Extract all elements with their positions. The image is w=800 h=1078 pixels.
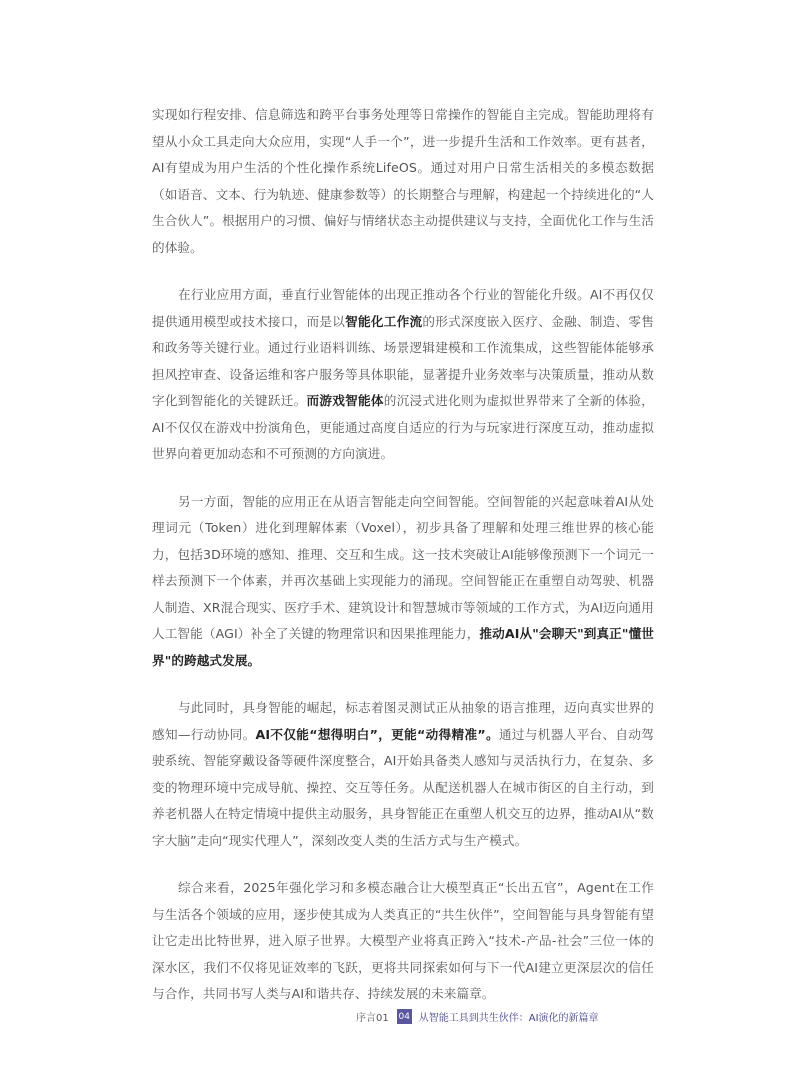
bold-phrase: 而游戏智能体 [307,393,384,408]
paragraph-3: 另一方面，智能的应用正在从语言智能走向空间智能。空间智能的兴起意味着AI从处理词… [152,489,654,675]
bold-phrase: AI不仅能“想得明白”，更能“动得精准”。 [256,727,499,742]
page-footer: 序言01 04 从智能工具到共生伙伴：AI演化的新篇章 [356,1008,599,1025]
paragraph-1: 实现如行程安排、信息筛选和跨平台事务处理等日常操作的智能自主完成。智能助理将有望… [152,102,654,261]
footer-chapter-title: 从智能工具到共生伙伴：AI演化的新篇章 [419,1009,599,1024]
paragraph-2: 在行业应用方面，垂直行业智能体的出现正推动各个行业的智能化升级。AI不再仅仅提供… [152,282,654,468]
paragraph-text: 综合来看，2025年强化学习和多模态融合让大模型真正“长出五官”，Agent在工… [152,880,654,1001]
paragraph-text: 实现如行程安排、信息筛选和跨平台事务处理等日常操作的智能自主完成。智能助理将有望… [152,107,654,255]
footer-section-label: 序言01 [356,1009,389,1024]
paragraph-4: 与此同时，具身智能的崛起，标志着图灵测试正从抽象的语言推理，迈向真实世界的感知—… [152,695,654,854]
document-body: 实现如行程安排、信息筛选和跨平台事务处理等日常操作的智能自主完成。智能助理将有望… [152,102,654,1029]
paragraph-5: 综合来看，2025年强化学习和多模态融合让大模型真正“长出五官”，Agent在工… [152,875,654,1008]
page-number-badge: 04 [397,1009,412,1024]
bold-phrase: 智能化工作流 [345,314,422,329]
paragraph-text: 通过与机器人平台、自动驾驶系统、智能穿戴设备等硬件深度整合，AI开始具备类人感知… [152,727,654,848]
paragraph-text: 另一方面，智能的应用正在从语言智能走向空间智能。空间智能的兴起意味着AI从处理词… [152,494,654,642]
